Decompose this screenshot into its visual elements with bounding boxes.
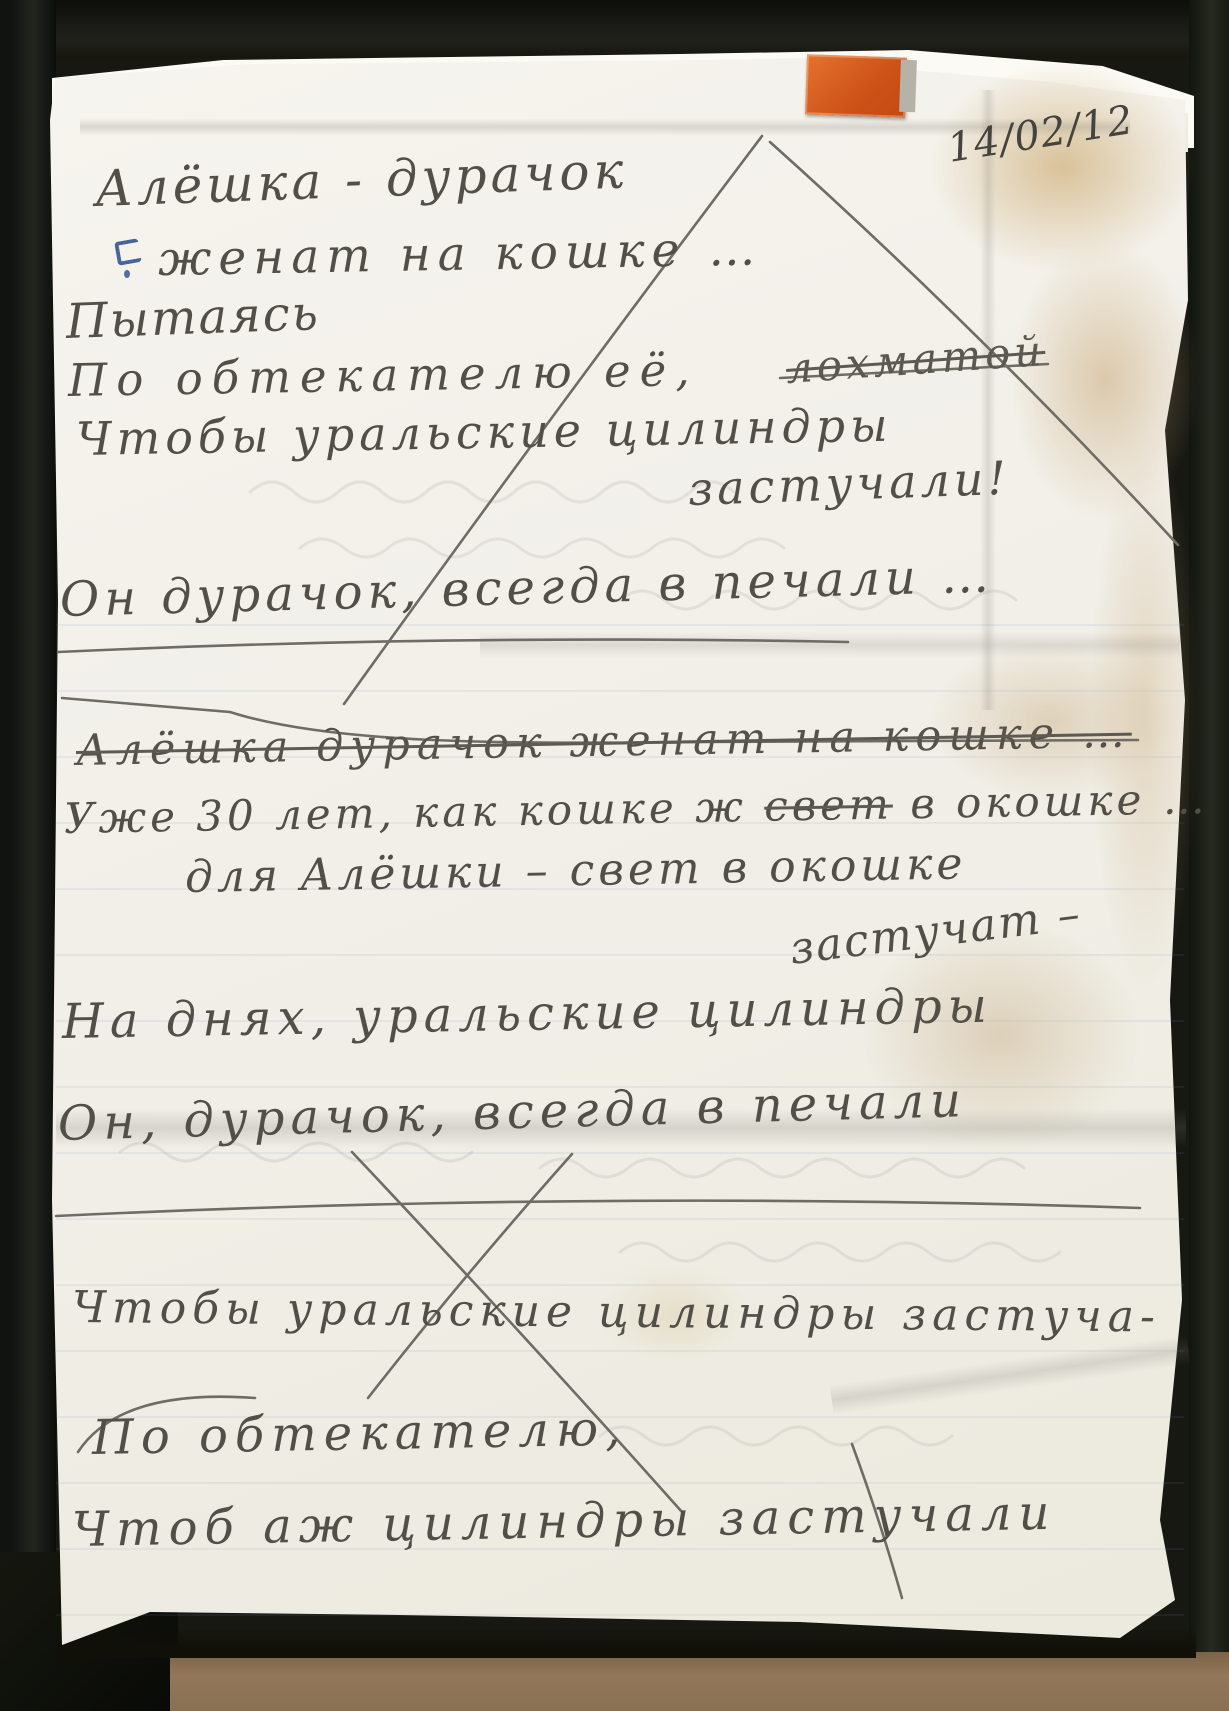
handwritten-line-14-crossed: Чтобы уральские цилиндры застуча-: [72, 1282, 1161, 1343]
line-9-struck-word: свет: [764, 780, 893, 831]
desk-surface: [170, 1652, 1229, 1711]
handwritten-line-2: женат на кошке …: [158, 221, 763, 287]
handwritten-line-6: застучали!: [687, 451, 1011, 516]
scanned-notebook-page: 14/02/12 Алёшка - дурачок женат на кошке…: [0, 0, 1229, 1711]
scan-frame-left: [0, 0, 56, 1711]
blue-ink-dot: [124, 270, 130, 278]
tab-backing-edge: [899, 60, 917, 113]
line-9-part-c: в окошке …: [910, 774, 1209, 828]
blue-ink-mark: [114, 238, 142, 266]
handwritten-line-3: Пытаясь: [65, 285, 321, 350]
handwritten-line-15: По обтекателю,: [92, 1401, 628, 1466]
scan-frame-top: [0, 0, 1229, 58]
scan-frame-right: [1189, 0, 1229, 1711]
orange-tab-sticker: [805, 54, 907, 117]
handwritten-line-4: По обтекателю её,: [68, 343, 699, 407]
